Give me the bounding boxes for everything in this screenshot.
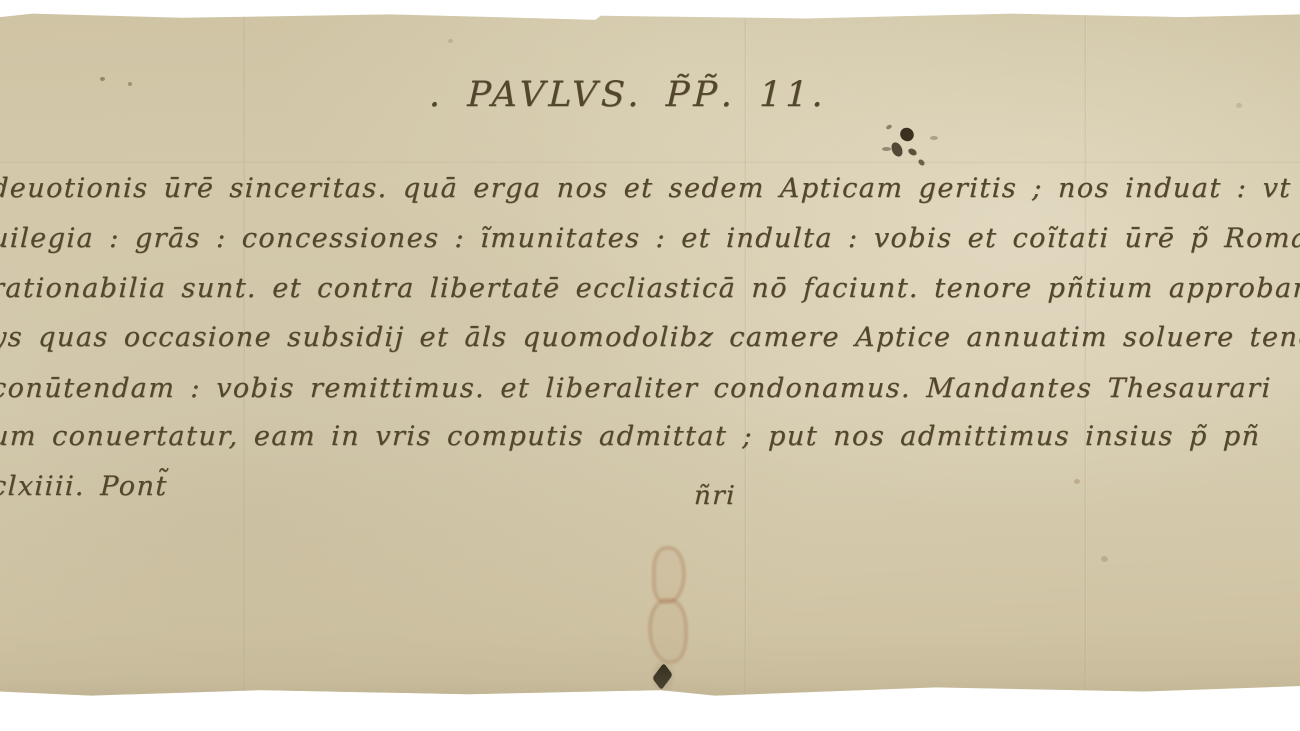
fold-crease-center — [744, 13, 747, 697]
manuscript-line-3: rationabilia sunt. et contra libertatē e… — [0, 273, 1300, 304]
manuscript-dateline-center-word: ñri — [693, 481, 736, 511]
speck-mark — [1101, 556, 1108, 562]
manuscript-line-2: uilegia : grās : concessiones : ĩmunitat… — [0, 223, 1300, 254]
fold-crease-right — [1084, 13, 1087, 697]
fold-crease-left — [243, 13, 246, 697]
manuscript-line-6: um conuertatur, eam in vris computis adm… — [0, 421, 1261, 452]
manuscript-line-5: conūtendam : vobis remittimus. et libera… — [0, 373, 1272, 404]
ink-blot-stain — [878, 116, 934, 174]
parchment-sheet: . PAVLVS. P̃P̃. 11. deuotionis ūrē since… — [0, 13, 1300, 697]
manuscript-line-1: deuotionis ūrē sinceritas. quā erga nos … — [0, 173, 1300, 204]
photo-background: . PAVLVS. P̃P̃. 11. deuotionis ūrē since… — [0, 0, 1300, 731]
speck-mark — [128, 82, 132, 86]
manuscript-dateline: clxiiii. Pont̃ — [0, 471, 168, 502]
speck-mark — [448, 39, 453, 43]
fold-crease-horizontal — [0, 161, 1300, 164]
manuscript-title: . PAVLVS. P̃P̃. 11. — [0, 75, 1279, 115]
speck-mark — [1236, 103, 1242, 108]
bottom-shading — [0, 633, 1300, 697]
speck-mark — [100, 77, 105, 81]
speck-mark — [1074, 479, 1080, 484]
manuscript-line-4: ys quas occasione subsidij et āls quomod… — [0, 322, 1300, 353]
